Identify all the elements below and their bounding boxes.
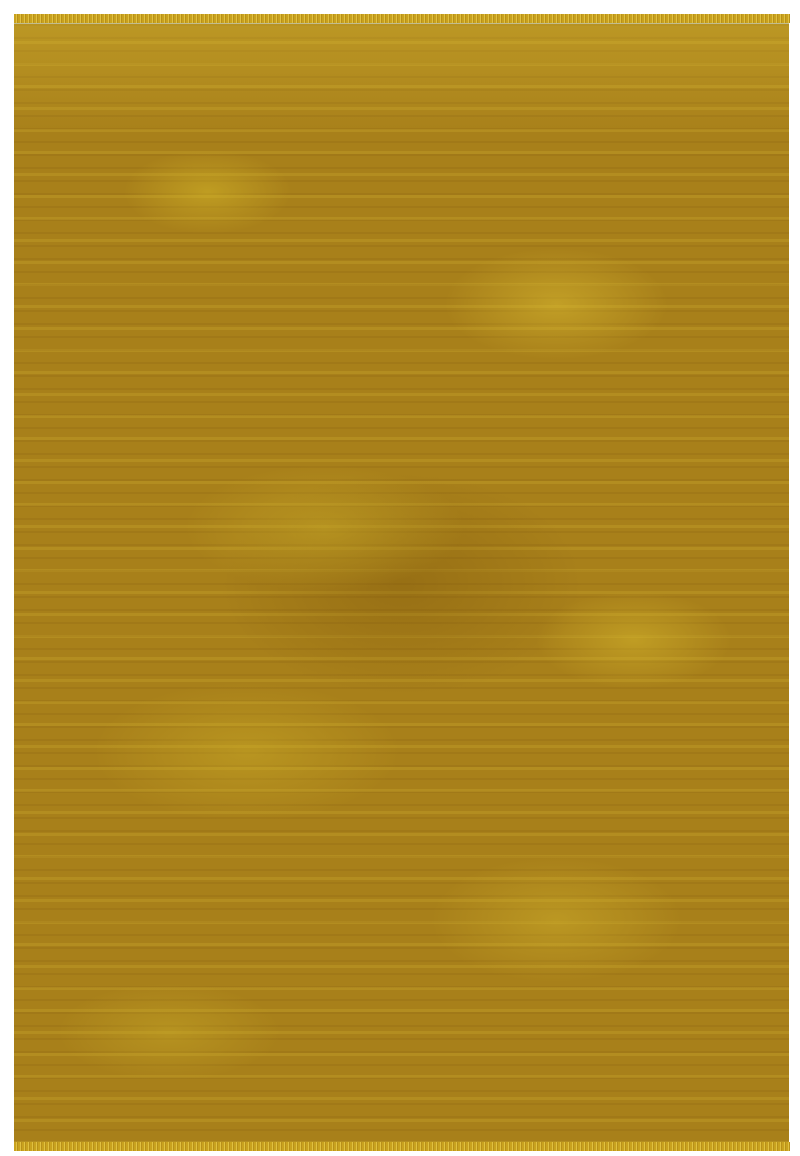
top-fringe <box>14 14 790 23</box>
rug-top-border-pattern <box>14 23 789 133</box>
bottom-fringe <box>14 1142 790 1151</box>
rug <box>14 23 789 1145</box>
